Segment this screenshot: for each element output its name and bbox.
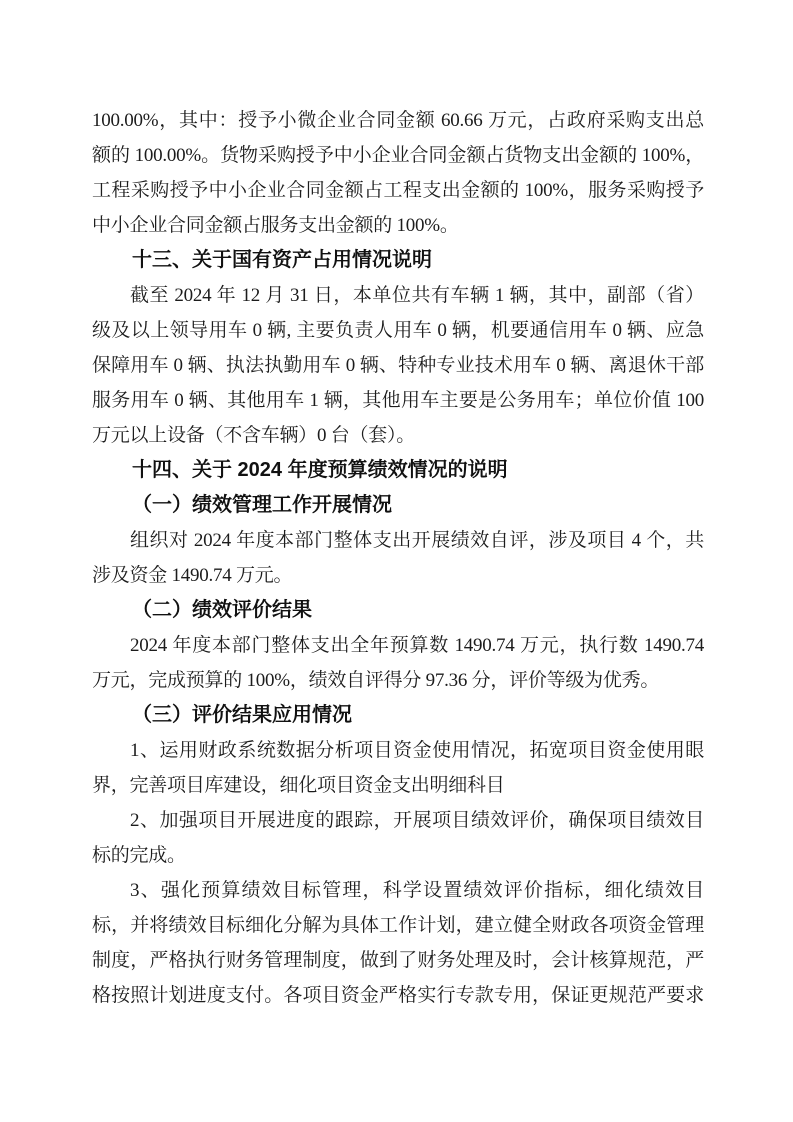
text-line: 格按照计划进度支付。各项目资金严格实行专款专用，保证更规范严要求 bbox=[92, 978, 704, 1013]
text-line: 界，完善项目库建设，细化项目资金支出明细科目 bbox=[92, 768, 704, 803]
text-line: 2024 年度本部门整体支出全年预算数 1490.74 万元，执行数 1490.… bbox=[92, 628, 704, 663]
text-line: 制度，严格执行财务管理制度，做到了财务处理及时，会计核算规范，严 bbox=[92, 943, 704, 978]
text-line: 2、加强项目开展进度的跟踪，开展项目绩效评价，确保项目绩效目 bbox=[92, 803, 704, 838]
text-line: 保障用车 0 辆、执法执勤用车 0 辆、特种专业技术用车 0 辆、离退休干部 bbox=[92, 348, 704, 383]
subsection-2-heading: （二）绩效评价结果 bbox=[92, 593, 704, 628]
text-line: 标的完成。 bbox=[92, 838, 704, 873]
text-line: 额的 100.00%。货物采购授予中小企业合同金额占货物支出金额的 100%， bbox=[92, 138, 704, 173]
text-line: 级及以上领导用车 0 辆, 主要负责人用车 0 辆，机要通信用车 0 辆、应急 bbox=[92, 313, 704, 348]
text-line: 工程采购授予中小企业合同金额占工程支出金额的 100%，服务采购授予 bbox=[92, 173, 704, 208]
section-14-heading: 十四、关于 2024 年度预算绩效情况的说明 bbox=[92, 453, 704, 488]
text-line: 涉及资金 1490.74 万元。 bbox=[92, 558, 704, 593]
text-line: 万元以上设备（不含车辆）0 台（套）。 bbox=[92, 418, 704, 453]
text-line: 标，并将绩效目标细化分解为具体工作计划，建立健全财政各项资金管理 bbox=[92, 908, 704, 943]
text-line: 3、强化预算绩效目标管理，科学设置绩效评价指标，细化绩效目 bbox=[92, 873, 704, 908]
text-line: 1、运用财政系统数据分析项目资金使用情况，拓宽项目资金使用眼 bbox=[92, 733, 704, 768]
text-line: 服务用车 0 辆、其他用车 1 辆，其他用车主要是公务用车；单位价值 100 bbox=[92, 383, 704, 418]
text-line: 组织对 2024 年度本部门整体支出开展绩效自评，涉及项目 4 个，共 bbox=[92, 523, 704, 558]
text-line: 100.00%，其中：授予小微企业合同金额 60.66 万元，占政府采购支出总 bbox=[92, 103, 704, 138]
text-line: 中小企业合同金额占服务支出金额的 100%。 bbox=[92, 208, 704, 243]
section-13-heading: 十三、关于国有资产占用情况说明 bbox=[92, 243, 704, 278]
text-line: 截至 2024 年 12 月 31 日，本单位共有车辆 1 辆，其中，副部（省） bbox=[92, 278, 704, 313]
subsection-3-heading: （三）评价结果应用情况 bbox=[92, 698, 704, 733]
subsection-1-heading: （一）绩效管理工作开展情况 bbox=[92, 488, 704, 523]
page-content: 100.00%，其中：授予小微企业合同金额 60.66 万元，占政府采购支出总 … bbox=[92, 103, 704, 1013]
text-line: 万元，完成预算的 100%，绩效自评得分 97.36 分，评价等级为优秀。 bbox=[92, 663, 704, 698]
document-page: 100.00%，其中：授予小微企业合同金额 60.66 万元，占政府采购支出总 … bbox=[0, 0, 793, 1122]
